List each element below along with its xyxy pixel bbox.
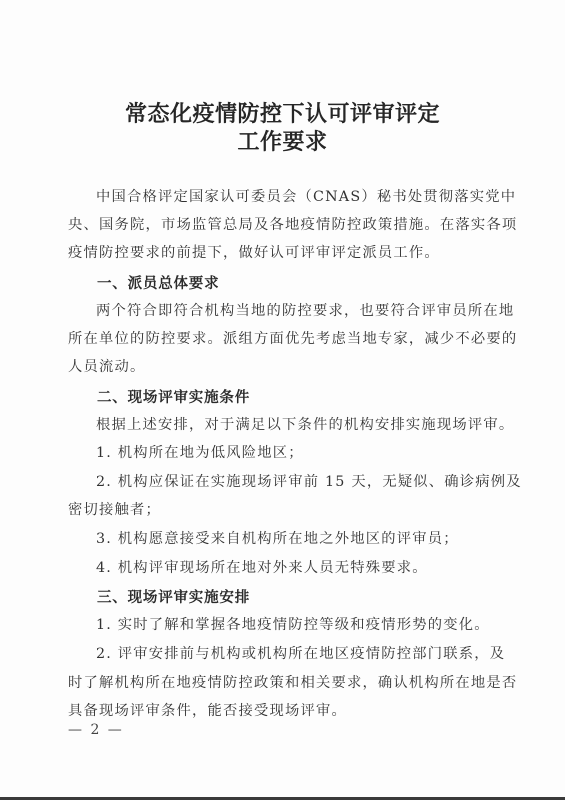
intro-paragraph-line: 中国合格评定国家认可委员会（CNAS）秘书处贯彻落实党中 [96, 186, 500, 206]
document-page: 常态化疫情防控下认可评审评定 工作要求 中国合格评定国家认可委员会（CNAS）秘… [0, 0, 565, 797]
section-2-line: 密切接触者； [68, 499, 500, 519]
section-2-line: 根据上述安排，对于满足以下条件的机构安排实施现场评审。 [96, 414, 500, 434]
section-heading-3: 三、现场评审实施安排 [97, 586, 250, 607]
document-title-line-2: 工作要求 [0, 125, 565, 156]
section-3-line: 1. 实时了解和掌握各地疫情防控等级和疫情形势的变化。 [96, 614, 500, 634]
section-1-line: 人员流动。 [68, 356, 500, 376]
intro-paragraph-line: 央、国务院，市场监管总局及各地疫情防控政策措施。在落实各项 [68, 214, 500, 234]
section-2-line: 1. 机构所在地为低风险地区； [96, 442, 500, 462]
section-heading-1: 一、派员总体要求 [97, 272, 219, 293]
section-3-line: 时了解机构所在地疫情防控政策和相关要求，确认机构所在地是否 [68, 672, 500, 692]
section-1-line: 两个符合即符合机构当地的防控要求，也要符合评审员所在地 [96, 300, 500, 320]
document-title-line-1: 常态化疫情防控下认可评审评定 [0, 97, 565, 128]
section-3-line: 2. 评审安排前与机构或机构所在地区疫情防控部门联系，及 [96, 643, 500, 663]
section-2-line: 2. 机构应保证在实施现场评审前 15 天，无疑似、确诊病例及 [96, 471, 500, 491]
section-1-line: 所在单位的防控要求。派组方面优先考虑当地专家，减少不必要的 [68, 328, 500, 348]
page-number: — 2 — [68, 722, 124, 738]
intro-paragraph-line: 疫情防控要求的前提下，做好认可评审评定派员工作。 [68, 242, 500, 262]
section-2-line: 4. 机构评审现场所在地对外来人员无特殊要求。 [96, 557, 500, 577]
section-3-line: 具备现场评审条件，能否接受现场评审。 [68, 700, 500, 720]
section-2-line: 3. 机构愿意接受来自机构所在地之外地区的评审员； [96, 528, 500, 548]
section-heading-2: 二、现场评审实施条件 [97, 386, 250, 407]
